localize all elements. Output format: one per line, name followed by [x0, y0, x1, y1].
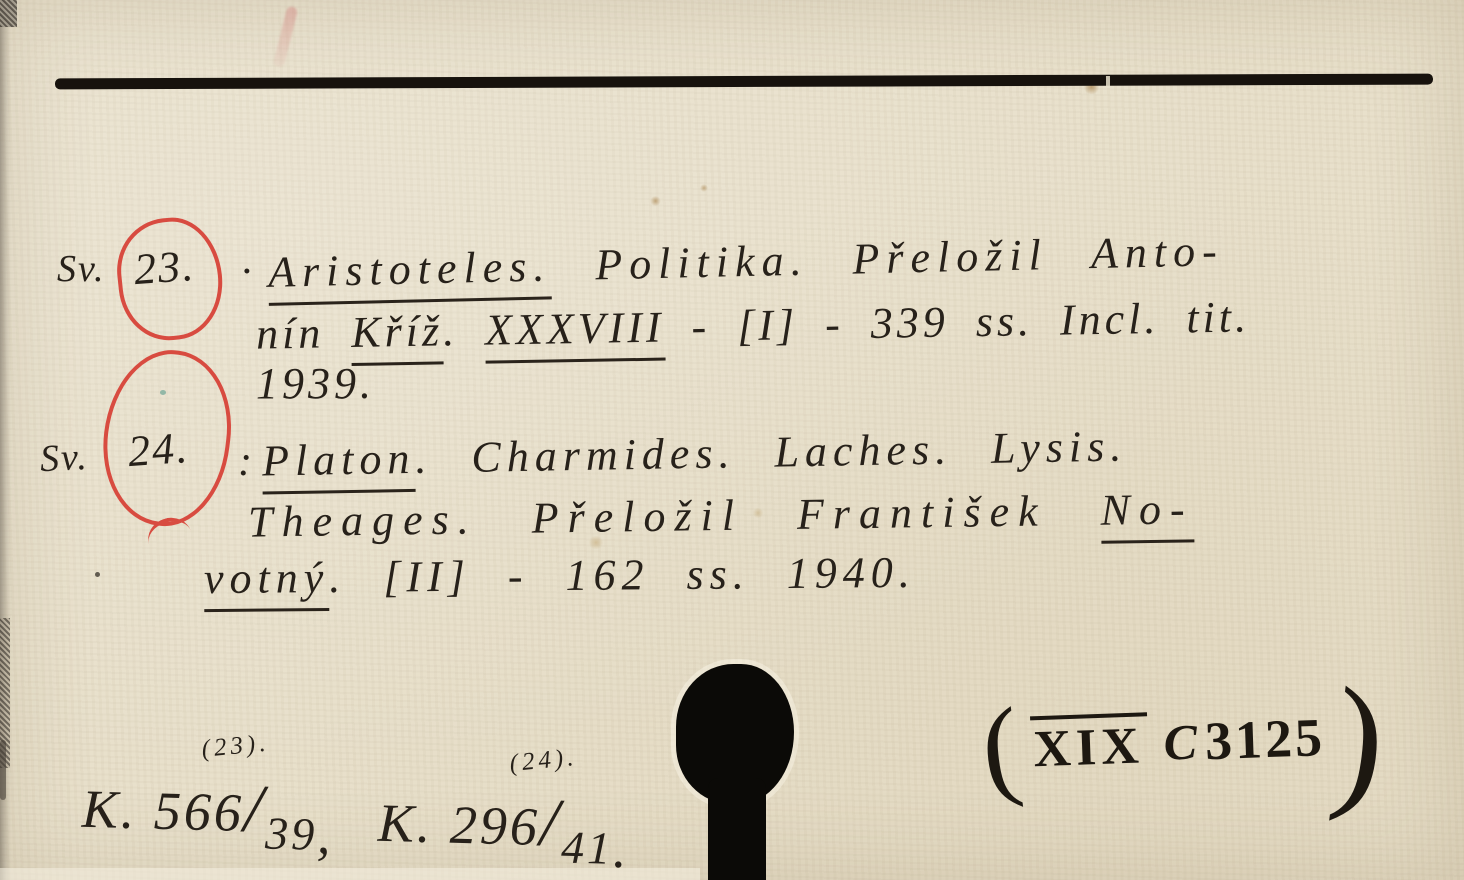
volume-label: Sv. [57, 247, 106, 291]
volume-number: 23. [132, 240, 196, 295]
corner-halftone-speck [0, 0, 17, 27]
shelfmark-number: 3125 [1204, 706, 1326, 772]
title-underlined: Aristoteles. [268, 241, 552, 305]
year-text: 1939. [256, 359, 375, 408]
accession-numerator: 296 [449, 795, 541, 857]
top-rule-gap [1106, 76, 1110, 88]
shelfmark-letter: C [1163, 713, 1198, 772]
accession-prefix: K. [377, 793, 451, 855]
accession-suffix: . [612, 818, 630, 880]
shelfmark-roman-overlined: XIX [1030, 712, 1148, 779]
accession-denominator: 41 [561, 821, 614, 875]
accession-slash: / [539, 784, 563, 861]
entry-24-line-1: Platon. Charmides. Laches. Lysis. [262, 420, 1128, 486]
top-rule [55, 74, 1433, 90]
entry-separator: : [238, 438, 252, 486]
entry-24-line-2: Theages. Přeložil František No- [248, 483, 1194, 547]
accession-value: K. 296/41. [377, 793, 631, 860]
paper-stain [700, 184, 708, 192]
volume-number: 24. [126, 422, 190, 477]
line-text: Theages. Přeložil František [248, 486, 1101, 547]
line-text: . Charmides. Laches. Lysis. [415, 421, 1128, 482]
line-text: . [443, 306, 486, 356]
shelfmark-open-paren: ( [976, 696, 1025, 801]
accession-number-23: (23). K. 566/39, [81, 765, 335, 851]
line-text: nín [256, 308, 352, 359]
shelfmark: ( XIX C 3125 ) [980, 675, 1387, 809]
shelfmark-close-paren: ) [1327, 679, 1391, 804]
translator-underlined: votný [204, 553, 330, 612]
accession-numerator: 566 [153, 781, 245, 843]
pink-ink-smudge [273, 6, 299, 69]
entry-separator: · [241, 248, 252, 296]
title-underlined: Platon [262, 434, 416, 495]
entry-23-line-1: Aristoteles. Politika. Přeložil Anto- [268, 225, 1225, 298]
accession-superscript: (23). [200, 730, 270, 764]
accession-superscript: (24). [508, 744, 578, 778]
entry-23-year: 1939. [256, 358, 375, 409]
entry-24-line-3: votný. [II] - 162 ss. 1940. [204, 547, 916, 604]
ink-speck [95, 572, 100, 577]
pagination-underlined: XXXVIII [485, 303, 665, 364]
punch-hole-stem [708, 778, 766, 880]
line-text: . [II] - 162 ss. 1940. [329, 548, 916, 602]
scan-left-edge-nub [0, 740, 6, 800]
accession-number-24: (24). K. 296/41. [377, 779, 631, 865]
line-text: - [I] - 339 ss. Incl. tit. [664, 292, 1250, 351]
accession-slash: / [243, 770, 267, 847]
volume-label: Sv. [39, 435, 90, 481]
accession-denominator: 39 [265, 807, 318, 861]
translator-underlined: No- [1100, 484, 1194, 543]
catalog-card-scan: { "colors": {"paper":"#e8e0cb","ink":"#2… [0, 0, 1464, 880]
line-text: Politika. Přeložil Anto- [551, 226, 1225, 290]
accession-prefix: K. [81, 779, 155, 841]
accession-value: K. 566/39, [81, 779, 335, 846]
paper-stain [650, 196, 661, 206]
accession-suffix: , [316, 804, 334, 866]
